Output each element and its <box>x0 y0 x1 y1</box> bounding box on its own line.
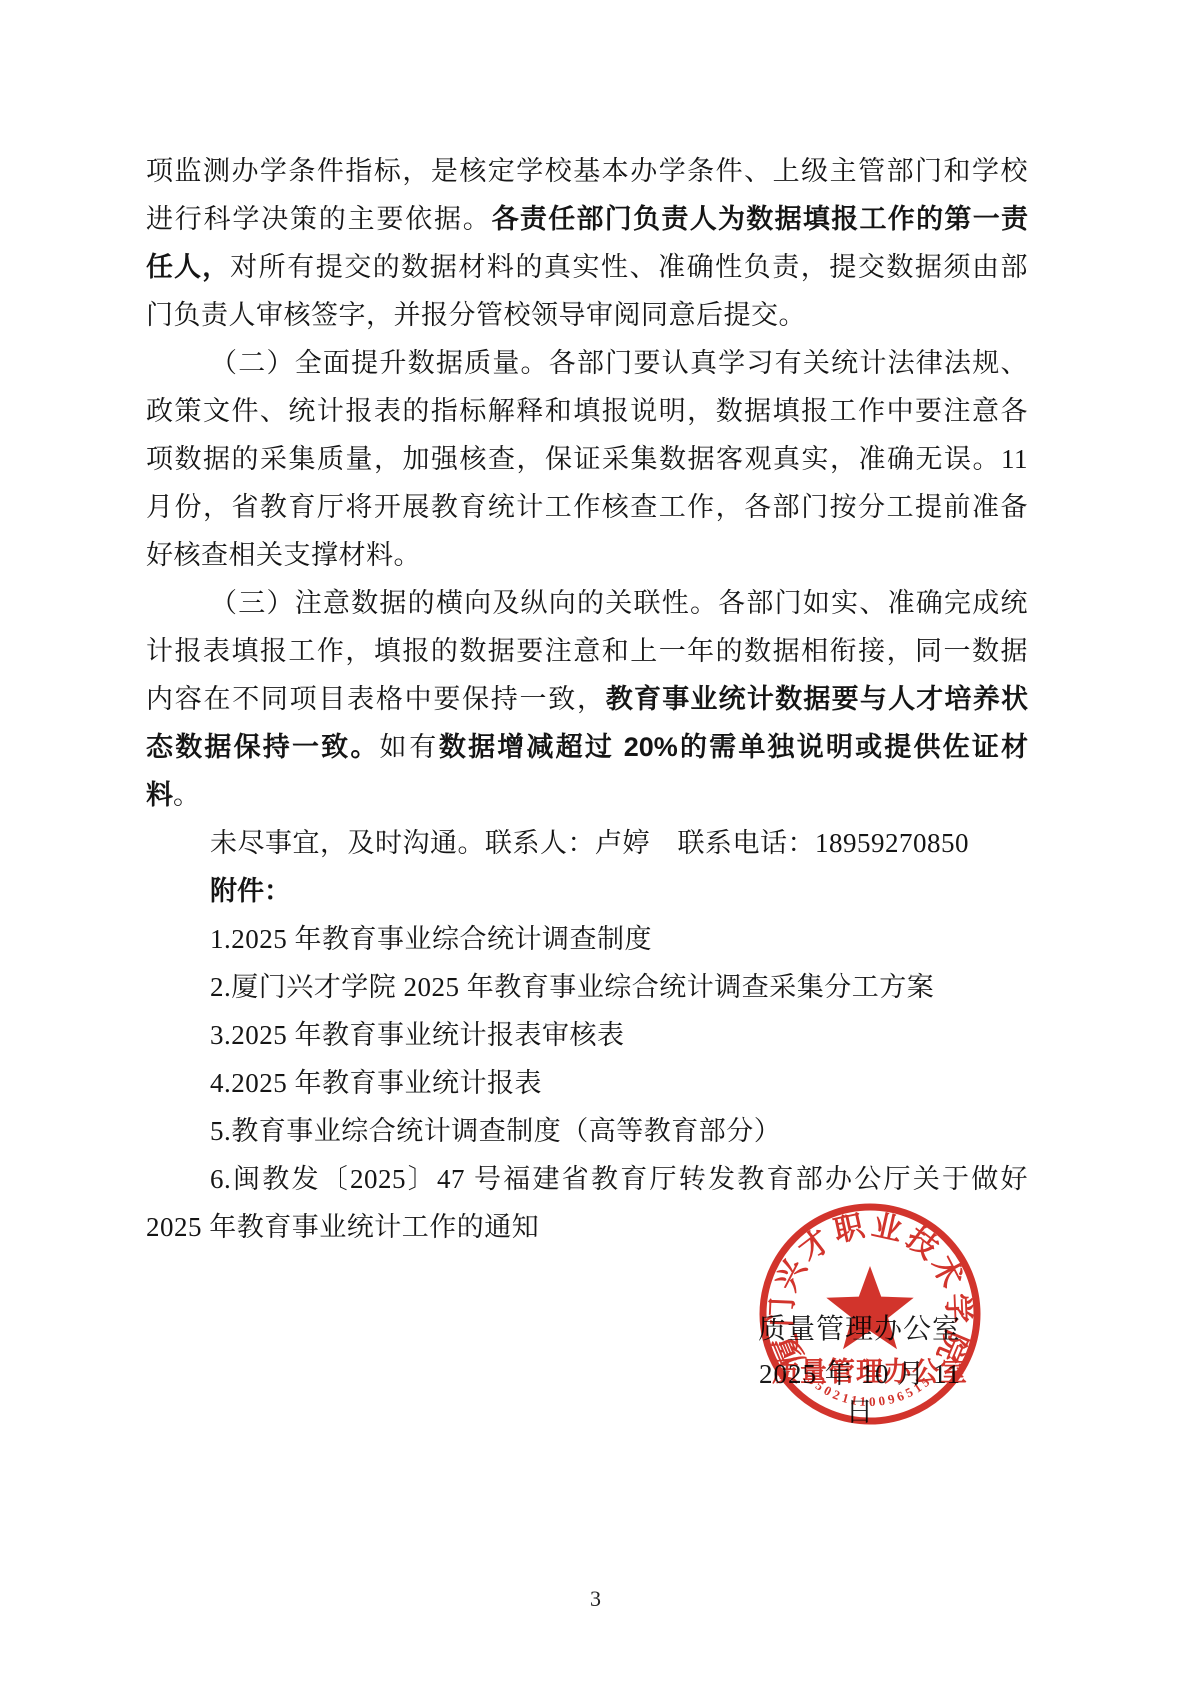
text-line: 项数据的采集质量，加强核查，保证采集数据客观真实，准确无误。11 <box>146 435 1028 483</box>
text-run: 项监测办学条件指标，是核定学校基本办学条件、上级主管部门和学校 <box>146 156 1028 186</box>
bold-text-run: 各责任部门负责人为数据填报工作的第一责 <box>492 204 1028 234</box>
text-line: 2.厦门兴才学院 2025 年教育事业综合统计调查采集分工方案 <box>146 963 1028 1011</box>
text-run: 6.闽教发〔2025〕47 号福建省教育厅转发教育部办公厅关于做好 <box>210 1164 1028 1194</box>
bold-text-run: 数据增减超过 20%的需单独说明或提供佐证材 <box>439 732 1028 762</box>
text-run: 如有 <box>380 732 439 762</box>
page-number: 3 <box>0 1586 1191 1612</box>
text-line: 4.2025 年教育事业统计报表 <box>146 1059 1028 1107</box>
bold-text-run: 料 <box>146 780 173 810</box>
bold-text-run: 任人， <box>146 252 230 282</box>
seal-inner-text: 质量管理办公室 <box>772 1356 968 1387</box>
text-run: 1.2025 年教育事业综合统计调查制度 <box>210 924 652 954</box>
text-line: 未尽事宜，及时沟通。联系人：卢婷 联系电话：18959270850 <box>146 819 1028 867</box>
text-line: 6.闽教发〔2025〕47 号福建省教育厅转发教育部办公厅关于做好 <box>146 1155 1028 1203</box>
text-line: （二）全面提升数据质量。各部门要认真学习有关统计法律法规、 <box>146 339 1028 387</box>
document-body: 项监测办学条件指标，是核定学校基本办学条件、上级主管部门和学校进行科学决策的主要… <box>146 147 1028 1251</box>
text-line: 进行科学决策的主要依据。各责任部门负责人为数据填报工作的第一责 <box>146 195 1028 243</box>
text-line: 政策文件、统计报表的指标解释和填报说明，数据填报工作中要注意各 <box>146 387 1028 435</box>
text-run: 未尽事宜，及时沟通。联系人：卢婷 联系电话：18959270850 <box>210 828 969 858</box>
text-line: 态数据保持一致。如有数据增减超过 20%的需单独说明或提供佐证材 <box>146 723 1028 771</box>
text-run: 月份，省教育厅将开展教育统计工作核查工作，各部门按分工提前准备 <box>146 492 1028 522</box>
text-run: 5.教育事业综合统计调查制度（高等教育部分） <box>210 1116 781 1146</box>
official-seal: 厦门兴才职业技术学院 35021110096515 质量管理办公室 <box>754 1198 986 1430</box>
text-run: 计报表填报工作，填报的数据要注意和上一年的数据相衔接，同一数据 <box>146 636 1028 666</box>
text-run: 门负责人审核签字，并报分管校领导审阅同意后提交。 <box>146 300 806 330</box>
text-run: 。 <box>173 780 201 810</box>
text-run: 3.2025 年教育事业统计报表审核表 <box>210 1020 625 1050</box>
bold-text-run: 态数据保持一致。 <box>146 732 380 762</box>
text-line: 项监测办学条件指标，是核定学校基本办学条件、上级主管部门和学校 <box>146 147 1028 195</box>
text-line: 1.2025 年教育事业综合统计调查制度 <box>146 915 1028 963</box>
text-run: （三）注意数据的横向及纵向的关联性。各部门如实、准确完成统 <box>210 588 1028 618</box>
text-run: （二）全面提升数据质量。各部门要认真学习有关统计法律法规、 <box>210 348 1028 378</box>
text-line: 好核查相关支撑材料。 <box>146 531 1028 579</box>
seal-star-icon <box>826 1266 913 1349</box>
text-line: 内容在不同项目表格中要保持一致，教育事业统计数据要与人才培养状 <box>146 675 1028 723</box>
text-run: 内容在不同项目表格中要保持一致， <box>146 684 606 714</box>
text-run: 进行科学决策的主要依据。 <box>146 204 492 234</box>
text-run: 好核查相关支撑材料。 <box>146 540 421 570</box>
text-line: 门负责人审核签字，并报分管校领导审阅同意后提交。 <box>146 291 1028 339</box>
bold-text-run: 教育事业统计数据要与人才培养状 <box>606 684 1028 714</box>
text-run: 政策文件、统计报表的指标解释和填报说明，数据填报工作中要注意各 <box>146 396 1028 426</box>
text-line: 3.2025 年教育事业统计报表审核表 <box>146 1011 1028 1059</box>
text-run: 2025 年教育事业统计工作的通知 <box>146 1212 539 1242</box>
text-line: 附件： <box>146 867 1028 915</box>
text-line: 计报表填报工作，填报的数据要注意和上一年的数据相衔接，同一数据 <box>146 627 1028 675</box>
text-run: 4.2025 年教育事业统计报表 <box>210 1068 542 1098</box>
text-line: 任人，对所有提交的数据材料的真实性、准确性负责，提交数据须由部 <box>146 243 1028 291</box>
document-page: 项监测办学条件指标，是核定学校基本办学条件、上级主管部门和学校进行科学决策的主要… <box>0 0 1191 1684</box>
text-run: 对所有提交的数据材料的真实性、准确性负责，提交数据须由部 <box>230 252 1028 282</box>
text-line: 5.教育事业综合统计调查制度（高等教育部分） <box>146 1107 1028 1155</box>
text-run: 项数据的采集质量，加强核查，保证采集数据客观真实，准确无误。11 <box>146 444 1028 474</box>
text-line: 料。 <box>146 771 1028 819</box>
bold-text-run: 附件： <box>210 876 291 906</box>
text-line: （三）注意数据的横向及纵向的关联性。各部门如实、准确完成统 <box>146 579 1028 627</box>
text-line: 月份，省教育厅将开展教育统计工作核查工作，各部门按分工提前准备 <box>146 483 1028 531</box>
text-run: 2.厦门兴才学院 2025 年教育事业综合统计调查采集分工方案 <box>210 972 934 1002</box>
